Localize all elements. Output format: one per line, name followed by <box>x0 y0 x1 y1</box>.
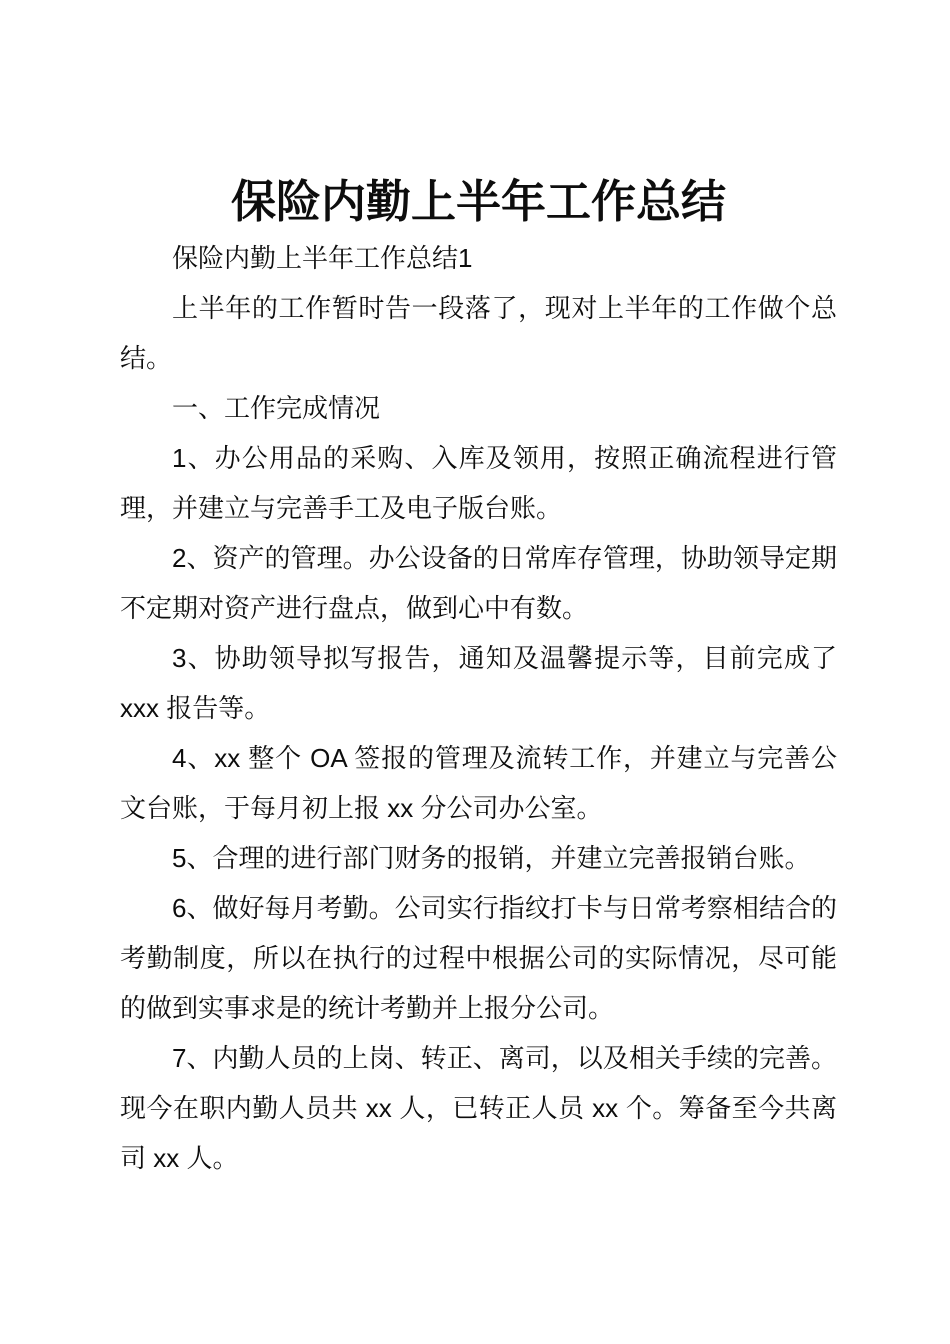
paragraph-intro: 上半年的工作暂时告一段落了，现对上半年的工作做个总结。 <box>120 283 837 383</box>
paragraph-item-2: 2、资产的管理。办公设备的日常库存管理，协助领导定期不定期对资产进行盘点，做到心… <box>120 533 837 633</box>
paragraph-subtitle: 保险内勤上半年工作总结1 <box>120 233 837 283</box>
paragraph-section-heading: 一、工作完成情况 <box>120 383 837 433</box>
paragraph-item-3: 3、协助领导拟写报告，通知及温馨提示等，目前完成了 xxx 报告等。 <box>120 633 837 733</box>
paragraph-item-1: 1、办公用品的采购、入库及领用，按照正确流程进行管理，并建立与完善手工及电子版台… <box>120 433 837 533</box>
paragraph-item-6: 6、做好每月考勤。公司实行指纹打卡与日常考察相结合的考勤制度，所以在执行的过程中… <box>120 883 837 1033</box>
document-page: 保险内勤上半年工作总结 保险内勤上半年工作总结1 上半年的工作暂时告一段落了，现… <box>0 0 950 1344</box>
document-title: 保险内勤上半年工作总结 <box>120 171 837 233</box>
paragraph-item-5: 5、合理的进行部门财务的报销，并建立完善报销台账。 <box>120 833 837 883</box>
paragraph-item-4: 4、xx 整个 OA 签报的管理及流转工作，并建立与完善公文台账，于每月初上报 … <box>120 733 837 833</box>
paragraph-item-7: 7、内勤人员的上岗、转正、离司，以及相关手续的完善。现今在职内勤人员共 xx 人… <box>120 1033 837 1183</box>
